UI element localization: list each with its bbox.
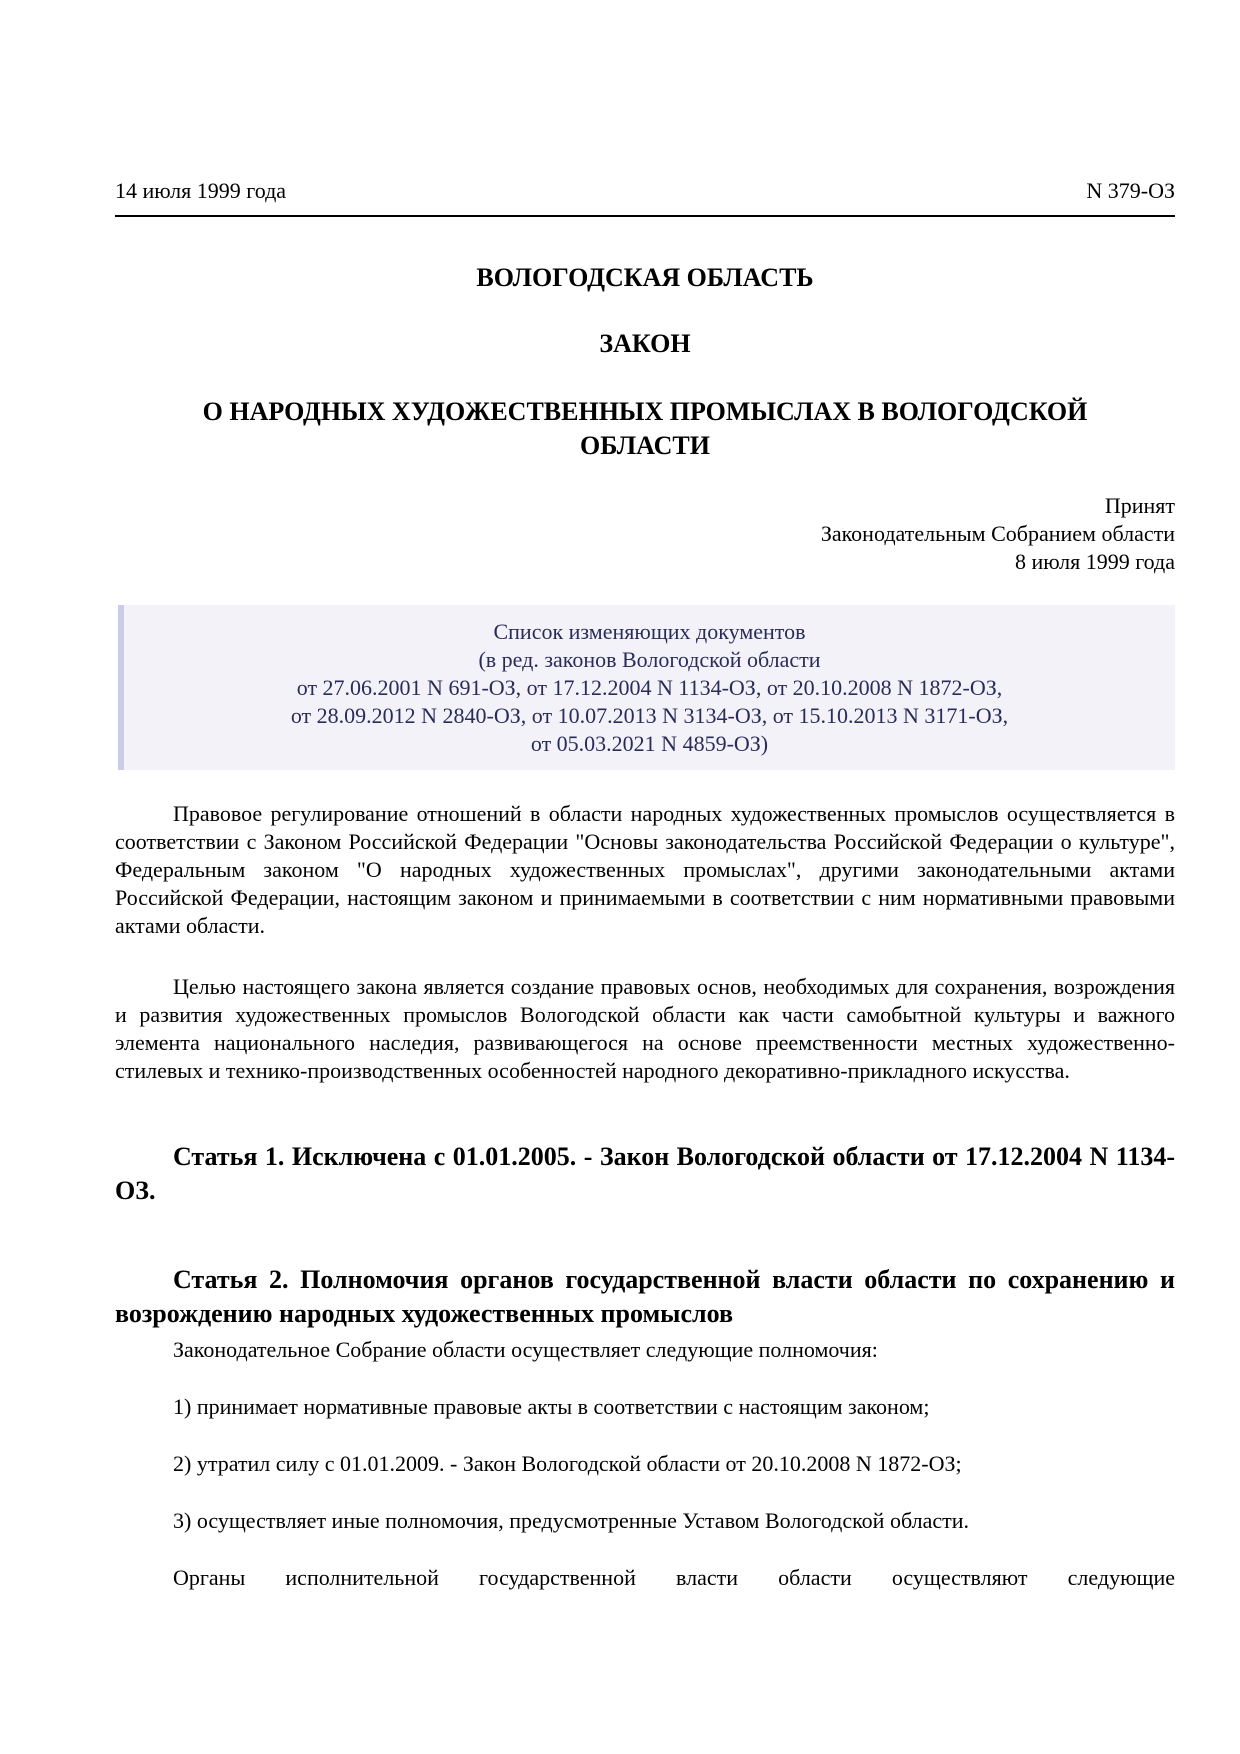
document-type-title: ЗАКОН — [115, 328, 1175, 360]
amending-documents-line: от 28.09.2012 N 2840-ОЗ, от 10.07.2013 N… — [124, 702, 1175, 730]
amending-documents-line: от 05.03.2021 N 4859-ОЗ) — [124, 730, 1175, 758]
article-2-heading: Статья 2. Полномочия органов государстве… — [115, 1263, 1175, 1331]
preamble-paragraph: Правовое регулирование отношений в облас… — [115, 800, 1175, 940]
adoption-info: Принят Законодательным Собранием области… — [821, 492, 1175, 576]
document-header: 14 июля 1999 года N 379-ОЗ — [115, 178, 1175, 204]
article-2-item: 1) принимает нормативные правовые акты в… — [173, 1393, 1175, 1421]
adoption-line-1: Принят — [821, 492, 1175, 520]
article-2-continuation: Органы исполнительной государственной вл… — [115, 1564, 1175, 1592]
amending-documents-line: (в ред. законов Вологодской области — [124, 646, 1175, 674]
amending-documents-line: от 27.06.2001 N 691-ОЗ, от 17.12.2004 N … — [124, 674, 1175, 702]
amending-documents-title: Список изменяющих документов — [124, 618, 1175, 646]
article-2-intro: Законодательное Собрание области осущест… — [173, 1336, 1175, 1364]
document-number: N 379-ОЗ — [1086, 178, 1175, 204]
purpose-paragraph: Целью настоящего закона является создани… — [115, 973, 1175, 1085]
header-divider — [115, 215, 1175, 217]
article-2-item: 3) осуществляет иные полномочия, предусм… — [173, 1507, 1175, 1535]
law-title: О НАРОДНЫХ ХУДОЖЕСТВЕННЫХ ПРОМЫСЛАХ В ВО… — [115, 395, 1175, 463]
article-1-heading: Статья 1. Исключена с 01.01.2005. - Зако… — [115, 1140, 1175, 1208]
article-2-item: 2) утратил силу с 01.01.2009. - Закон Во… — [173, 1450, 1175, 1478]
adoption-line-2: Законодательным Собранием области — [821, 520, 1175, 548]
amending-documents-box: Список изменяющих документов (в ред. зак… — [118, 605, 1175, 770]
document-date: 14 июля 1999 года — [115, 178, 286, 204]
adoption-line-3: 8 июля 1999 года — [821, 548, 1175, 576]
region-title: ВОЛОГОДСКАЯ ОБЛАСТЬ — [115, 262, 1175, 294]
